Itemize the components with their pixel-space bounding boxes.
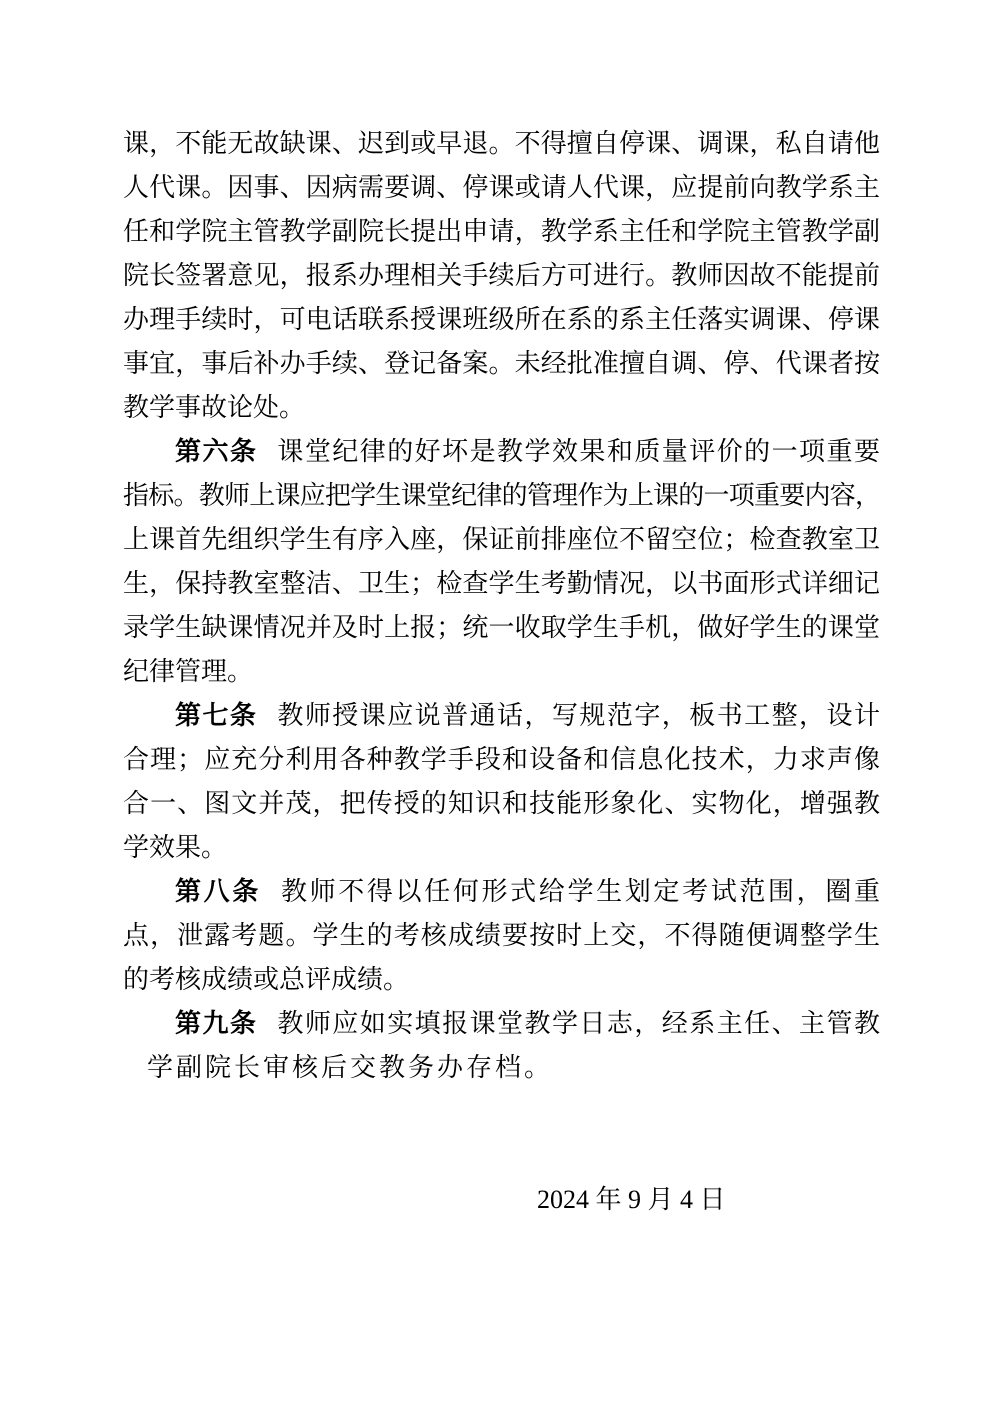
text-line: 合理；应充分利用各种教学手段和设备和信息化技术，力求声像: [123, 738, 880, 782]
text-line-article-6: 第六条课堂纪律的好坏是教学效果和质量评价的一项重要: [123, 430, 880, 474]
text-line: 课，不能无故缺课、迟到或早退。不得擅自停课、调课，私自请他: [123, 122, 880, 166]
text-line: 院长签署意见，报系办理相关手续后方可进行。教师因故不能提前: [123, 254, 880, 298]
document-body: 课，不能无故缺课、迟到或早退。不得擅自停课、调课，私自请他 人代课。因事、因病需…: [123, 122, 880, 1222]
text-line-article-9: 第九条教师应如实填报课堂教学日志，经系主任、主管教: [123, 1002, 880, 1046]
text-line: 人代课。因事、因病需要调、停课或请人代课，应提前向教学系主: [123, 166, 880, 210]
article-text: 教师授课应说普通话，写规范字，板书工整，设计: [277, 701, 880, 730]
article-text: 课堂纪律的好坏是教学效果和质量评价的一项重要: [277, 437, 880, 466]
date-line: 2024 年 9 月 4 日: [123, 1178, 880, 1222]
article-number: 第八条: [175, 877, 261, 906]
text-line: 任和学院主管教学副院长提出申请，教学系主任和学院主管教学副: [123, 210, 880, 254]
text-line: 指标。教师上课应把学生课堂纪律的管理作为上课的一项重要内容，: [123, 474, 880, 518]
article-number: 第六条: [175, 437, 257, 466]
text-line: 录学生缺课情况并及时上报；统一收取学生手机，做好学生的课堂: [123, 606, 880, 650]
text-line: 教学事故论处。: [123, 386, 880, 430]
text-line: 纪律管理。: [123, 650, 880, 694]
text-line: 点，泄露考题。学生的考核成绩要按时上交，不得随便调整学生: [123, 914, 880, 958]
text-line: 生，保持教室整洁、卫生；检查学生考勤情况，以书面形式详细记: [123, 562, 880, 606]
text-line: 学效果。: [123, 826, 880, 870]
text-line: 学副院长审核后交教务办存档。: [123, 1046, 880, 1090]
article-number: 第九条: [175, 1009, 257, 1038]
article-text: 教师应如实填报课堂教学日志，经系主任、主管教: [277, 1009, 880, 1038]
text-line: 上课首先组织学生有序入座，保证前排座位不留空位；检查教室卫: [123, 518, 880, 562]
text-line: 的考核成绩或总评成绩。: [123, 958, 880, 1002]
text-line: 事宜，事后补办手续、登记备案。未经批准擅自调、停、代课者按: [123, 342, 880, 386]
text-line: 办理手续时，可电话联系授课班级所在系的系主任落实调课、停课: [123, 298, 880, 342]
article-text: 教师不得以任何形式给学生划定考试范围，圈重: [281, 877, 880, 906]
article-number: 第七条: [175, 701, 257, 730]
text-line: 合一、图文并茂，把传授的知识和技能形象化、实物化，增强教: [123, 782, 880, 826]
document-page: 课，不能无故缺课、迟到或早退。不得擅自停课、调课，私自请他 人代课。因事、因病需…: [0, 0, 1000, 1414]
text-line-article-8: 第八条教师不得以任何形式给学生划定考试范围，圈重: [123, 870, 880, 914]
text-line-article-7: 第七条教师授课应说普通话，写规范字，板书工整，设计: [123, 694, 880, 738]
